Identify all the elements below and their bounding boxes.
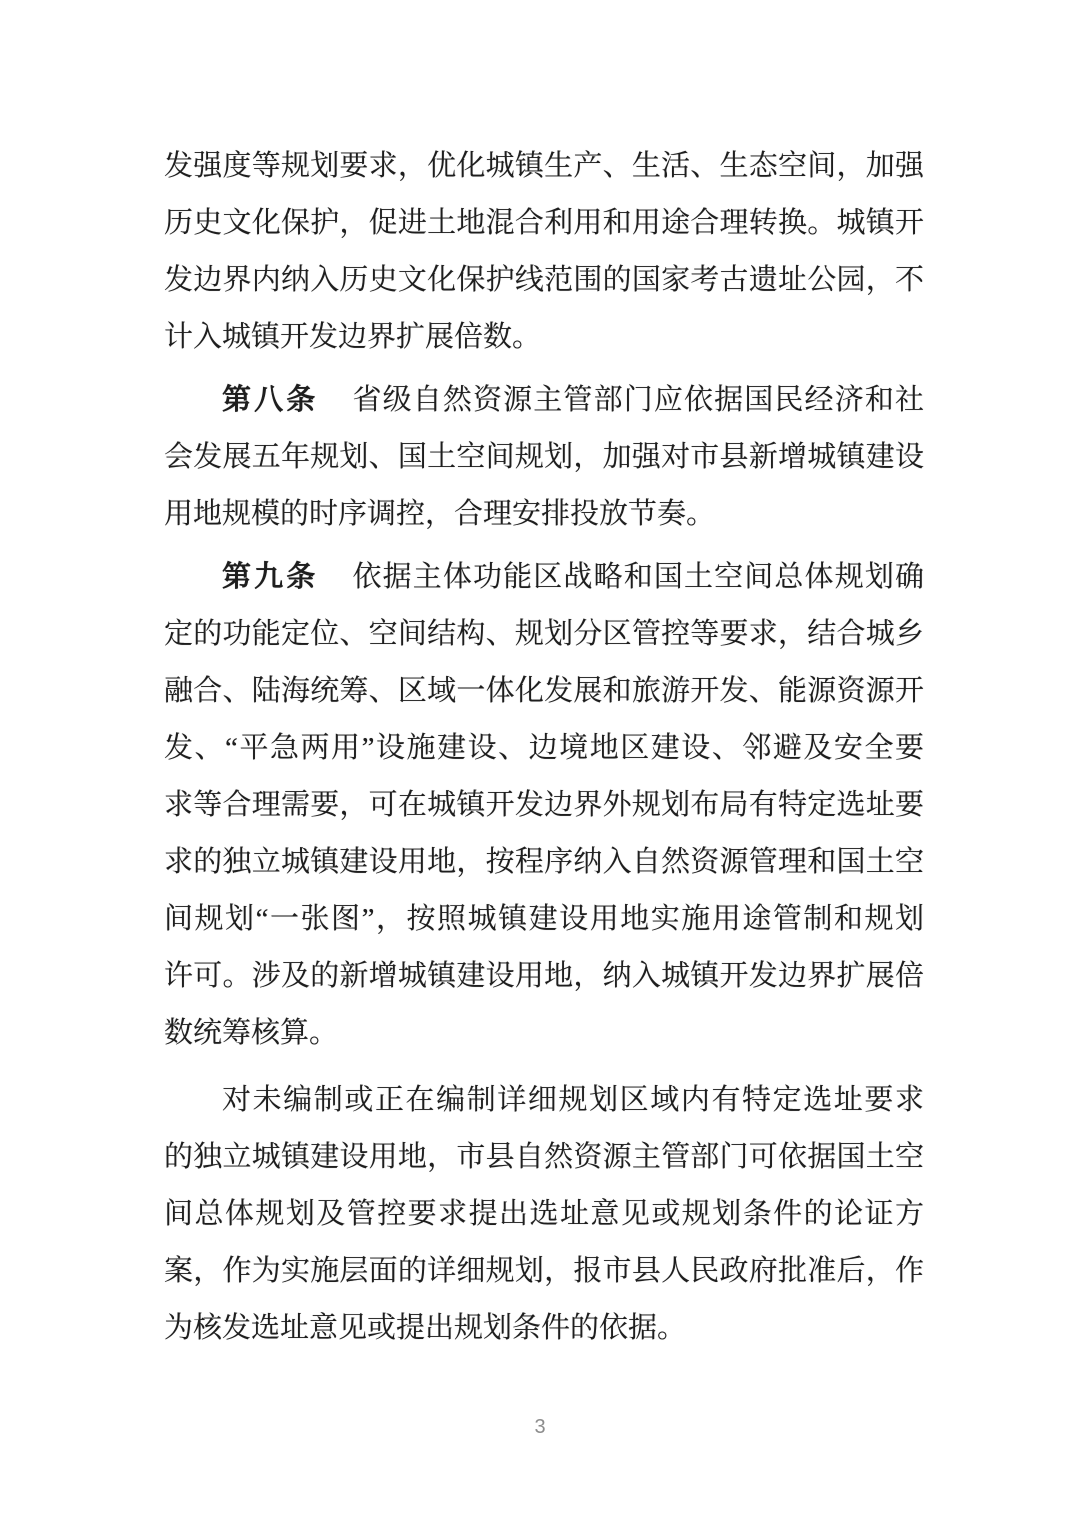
text-line: 间规划“一张图”，按照城镇建设用地实施用途管制和规划	[164, 891, 924, 948]
document-page: 发强度等规划要求，优化城镇生产、生活、生态空间，加强历史文化保护，促进土地混合利…	[0, 0, 1080, 1528]
text-line: 发边界内纳入历史文化保护线范围的国家考古遗址公园，不	[164, 252, 924, 309]
text-line: 定的功能定位、空间结构、规划分区管控等要求，结合城乡	[164, 606, 924, 663]
text-line-content: 依据主体功能区战略和国土空间总体规划确	[352, 561, 924, 593]
article-number: 第九条	[222, 561, 318, 593]
page-number: 3	[0, 1412, 1080, 1442]
article-paragraph: 第九条依据主体功能区战略和国土空间总体规划确定的功能定位、空间结构、规划分区管控…	[164, 549, 924, 1062]
text-line: 案，作为实施层面的详细规划，报市县人民政府批准后，作	[164, 1243, 924, 1300]
paragraph: 对未编制或正在编制详细规划区域内有特定选址要求的独立城镇建设用地，市县自然资源主…	[164, 1072, 924, 1357]
text-line: 第九条依据主体功能区战略和国土空间总体规划确	[164, 549, 924, 606]
text-line: 的独立城镇建设用地，市县自然资源主管部门可依据国土空	[164, 1129, 924, 1186]
text-line: 许可。涉及的新增城镇建设用地，纳入城镇开发边界扩展倍	[164, 948, 924, 1005]
text-line: 为核发选址意见或提出规划条件的依据。	[164, 1300, 924, 1357]
paragraph: 发强度等规划要求，优化城镇生产、生活、生态空间，加强历史文化保护，促进土地混合利…	[164, 138, 924, 366]
text-line: 用地规模的时序调控，合理安排投放节奏。	[164, 486, 924, 543]
text-line: 第八条省级自然资源主管部门应依据国民经济和社	[164, 372, 924, 429]
text-line: 发、“平急两用”设施建设、边境地区建设、邻避及安全要	[164, 720, 924, 777]
text-line: 会发展五年规划、国土空间规划，加强对市县新增城镇建设	[164, 429, 924, 486]
text-line: 历史文化保护，促进土地混合利用和用途合理转换。城镇开	[164, 195, 924, 252]
text-line: 数统筹核算。	[164, 1005, 924, 1062]
text-line: 求等合理需要，可在城镇开发边界外规划布局有特定选址要	[164, 777, 924, 834]
text-line: 融合、陆海统筹、区域一体化发展和旅游开发、能源资源开	[164, 663, 924, 720]
article-paragraph: 第八条省级自然资源主管部门应依据国民经济和社会发展五年规划、国土空间规划，加强对…	[164, 372, 924, 543]
document-body: 发强度等规划要求，优化城镇生产、生活、生态空间，加强历史文化保护，促进土地混合利…	[164, 138, 924, 1357]
text-line: 发强度等规划要求，优化城镇生产、生活、生态空间，加强	[164, 138, 924, 195]
article-number: 第八条	[222, 384, 318, 416]
text-line: 间总体规划及管控要求提出选址意见或规划条件的论证方	[164, 1186, 924, 1243]
text-line: 对未编制或正在编制详细规划区域内有特定选址要求	[164, 1072, 924, 1129]
text-line: 计入城镇开发边界扩展倍数。	[164, 309, 924, 366]
text-line: 求的独立城镇建设用地，按程序纳入自然资源管理和国土空	[164, 834, 924, 891]
text-line-content: 省级自然资源主管部门应依据国民经济和社	[352, 384, 924, 416]
